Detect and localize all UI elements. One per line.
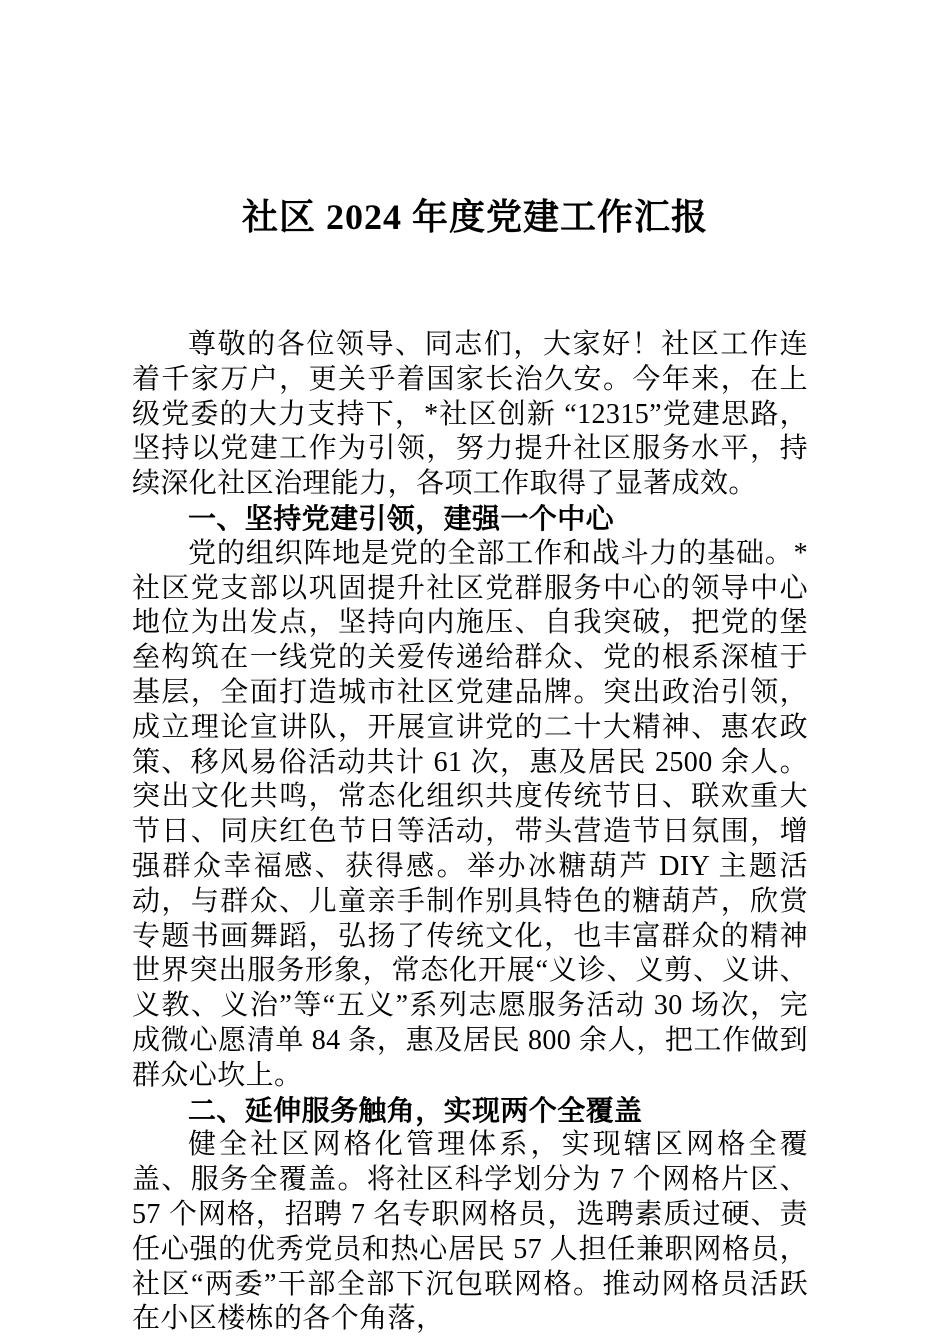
paragraph-section-1: 党的组织阵地是党的全部工作和战斗力的基础。*社区党支部以巩固提升社区党群服务中心…: [132, 537, 808, 1094]
document-page: 社区 2024 年度党建工作汇报 尊敬的各位领导、同志们，大家好！社区工作连着千…: [0, 0, 950, 1344]
document-title: 社区 2024 年度党建工作汇报: [0, 0, 950, 241]
paragraph-section-2: 健全社区网格化管理体系，实现辖区网格全覆盖、服务全覆盖。将社区科学划分为 7 个…: [132, 1128, 808, 1337]
section-heading-2: 二、延伸服务触角，实现两个全覆盖: [132, 1094, 808, 1129]
paragraph-intro: 尊敬的各位领导、同志们，大家好！社区工作连着千家万户，更关乎着国家长治久安。今年…: [132, 328, 808, 502]
section-heading-1: 一、坚持党建引领，建强一个中心: [132, 502, 808, 537]
document-body: 尊敬的各位领导、同志们，大家好！社区工作连着千家万户，更关乎着国家长治久安。今年…: [132, 328, 808, 1337]
